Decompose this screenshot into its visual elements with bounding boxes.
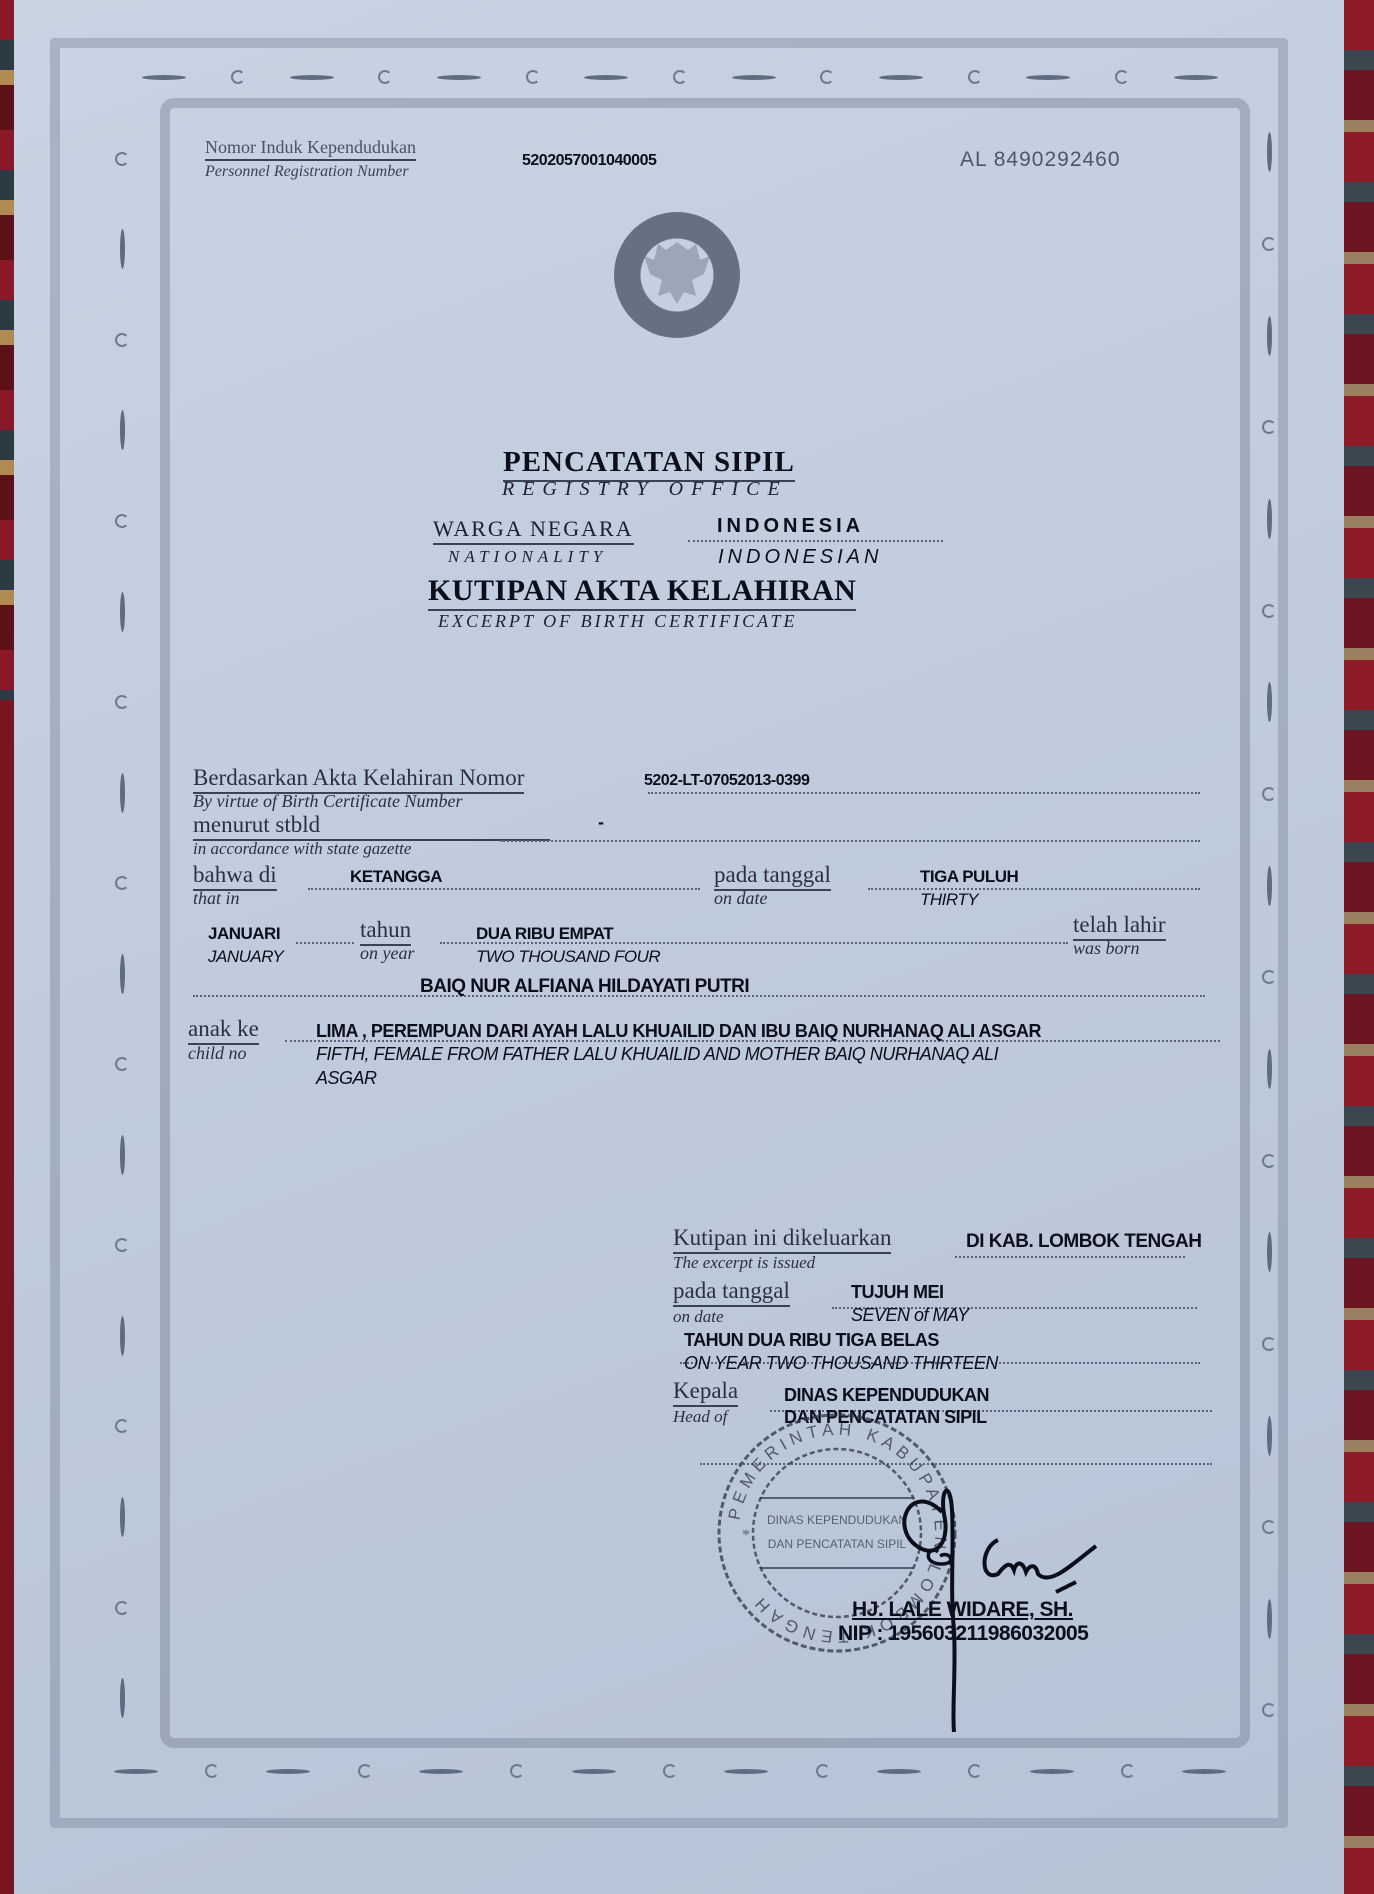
child-no-label: anak ke bbox=[188, 1016, 259, 1045]
issue-year-value-en: ON YEAR TWO THOUSAND THIRTEEN bbox=[684, 1353, 998, 1374]
place-label: bahwa di bbox=[193, 862, 277, 891]
birth-year-label: tahun bbox=[360, 917, 411, 946]
issue-date-value-en: SEVEN of MAY bbox=[851, 1305, 969, 1326]
border-ornament-bottom bbox=[90, 1764, 1250, 1778]
birth-date-value: TIGA PULUH bbox=[920, 867, 1018, 887]
place-value: KETANGGA bbox=[350, 867, 442, 887]
child-no-label-en: child no bbox=[188, 1043, 247, 1064]
office-title-en: REGISTRY OFFICE bbox=[502, 478, 788, 501]
issued-place: DI KAB. LOMBOK TENGAH bbox=[966, 1231, 1201, 1253]
birth-month-value: JANUARI bbox=[208, 924, 280, 944]
issue-date-label: pada tanggal bbox=[673, 1278, 790, 1307]
stbld-label-en: in accordance with state gazette bbox=[193, 839, 411, 859]
office-title: PENCATATAN SIPIL bbox=[503, 446, 795, 482]
issued-label-en: The excerpt is issued bbox=[673, 1253, 815, 1273]
nationality-value-en: INDONESIAN bbox=[718, 546, 882, 569]
place-label-en: that in bbox=[193, 888, 240, 909]
issue-year-value: TAHUN DUA RIBU TIGA BELAS bbox=[684, 1330, 939, 1351]
head-label: Kepala bbox=[673, 1378, 738, 1407]
issue-date-label-en: on date bbox=[673, 1307, 724, 1327]
child-no-value: LIMA , PEREMPUAN DARI AYAH LALU KHUAILID… bbox=[316, 1021, 1041, 1042]
stbld-label: menurut stbld bbox=[193, 812, 550, 841]
birth-date-label: pada tanggal bbox=[714, 862, 831, 891]
head-value-1: DINAS KEPENDUDUKAN bbox=[784, 1385, 989, 1406]
signatory-nip: NIP : 195603211986032005 bbox=[838, 1622, 1088, 1646]
nik-value: 5202057001040005 bbox=[522, 152, 656, 170]
document-title-en: EXCERPT OF BIRTH CERTIFICATE bbox=[438, 611, 797, 632]
svg-text:*: * bbox=[742, 1527, 750, 1544]
birth-month-value-en: JANUARY bbox=[208, 947, 283, 967]
document-title: KUTIPAN AKTA KELAHIRAN bbox=[428, 574, 856, 611]
issue-date-value: TUJUH MEI bbox=[851, 1282, 944, 1303]
border-ornament-left bbox=[115, 120, 129, 1750]
stbld-value: - bbox=[598, 812, 604, 833]
signatory-name: HJ. LALE WIDARE, SH. bbox=[852, 1598, 1073, 1622]
birth-date-label-en: on date bbox=[714, 888, 768, 909]
serial-number: AL 8490292460 bbox=[960, 148, 1121, 172]
child-no-value-en-1: FIFTH, FEMALE FROM FATHER LALU KHUAILID … bbox=[316, 1044, 998, 1065]
cert-no-label: Berdasarkan Akta Kelahiran Nomor bbox=[193, 765, 524, 794]
issued-label: Kutipan ini dikeluarkan bbox=[673, 1225, 891, 1254]
border-ornament-right bbox=[1262, 100, 1276, 1750]
child-name: BAIQ NUR ALFIANA HILDAYATI PUTRI bbox=[420, 976, 749, 998]
nationality-label: WARGA NEGARA bbox=[433, 516, 634, 545]
garuda-emblem-icon bbox=[614, 212, 740, 338]
child-no-value-en-2: ASGAR bbox=[316, 1068, 377, 1089]
cert-no-label-en: By virtue of Birth Certificate Number bbox=[193, 791, 462, 812]
nik-label: Nomor Induk Kependudukan bbox=[205, 137, 416, 161]
born-label: telah lahir bbox=[1073, 912, 1166, 941]
nik-label-en: Personnel Registration Number bbox=[205, 163, 409, 181]
birth-year-label-en: on year bbox=[360, 943, 414, 964]
border-ornament-top bbox=[120, 70, 1240, 84]
born-label-en: was born bbox=[1073, 938, 1140, 959]
birth-date-value-en: THIRTY bbox=[920, 890, 978, 910]
nationality-label-en: NATIONALITY bbox=[448, 547, 607, 567]
birth-year-value: DUA RIBU EMPAT bbox=[476, 924, 613, 944]
cert-no-value: 5202-LT-07052013-0399 bbox=[644, 772, 809, 790]
nationality-value: INDONESIA bbox=[717, 515, 864, 538]
birth-year-value-en: TWO THOUSAND FOUR bbox=[476, 947, 660, 967]
